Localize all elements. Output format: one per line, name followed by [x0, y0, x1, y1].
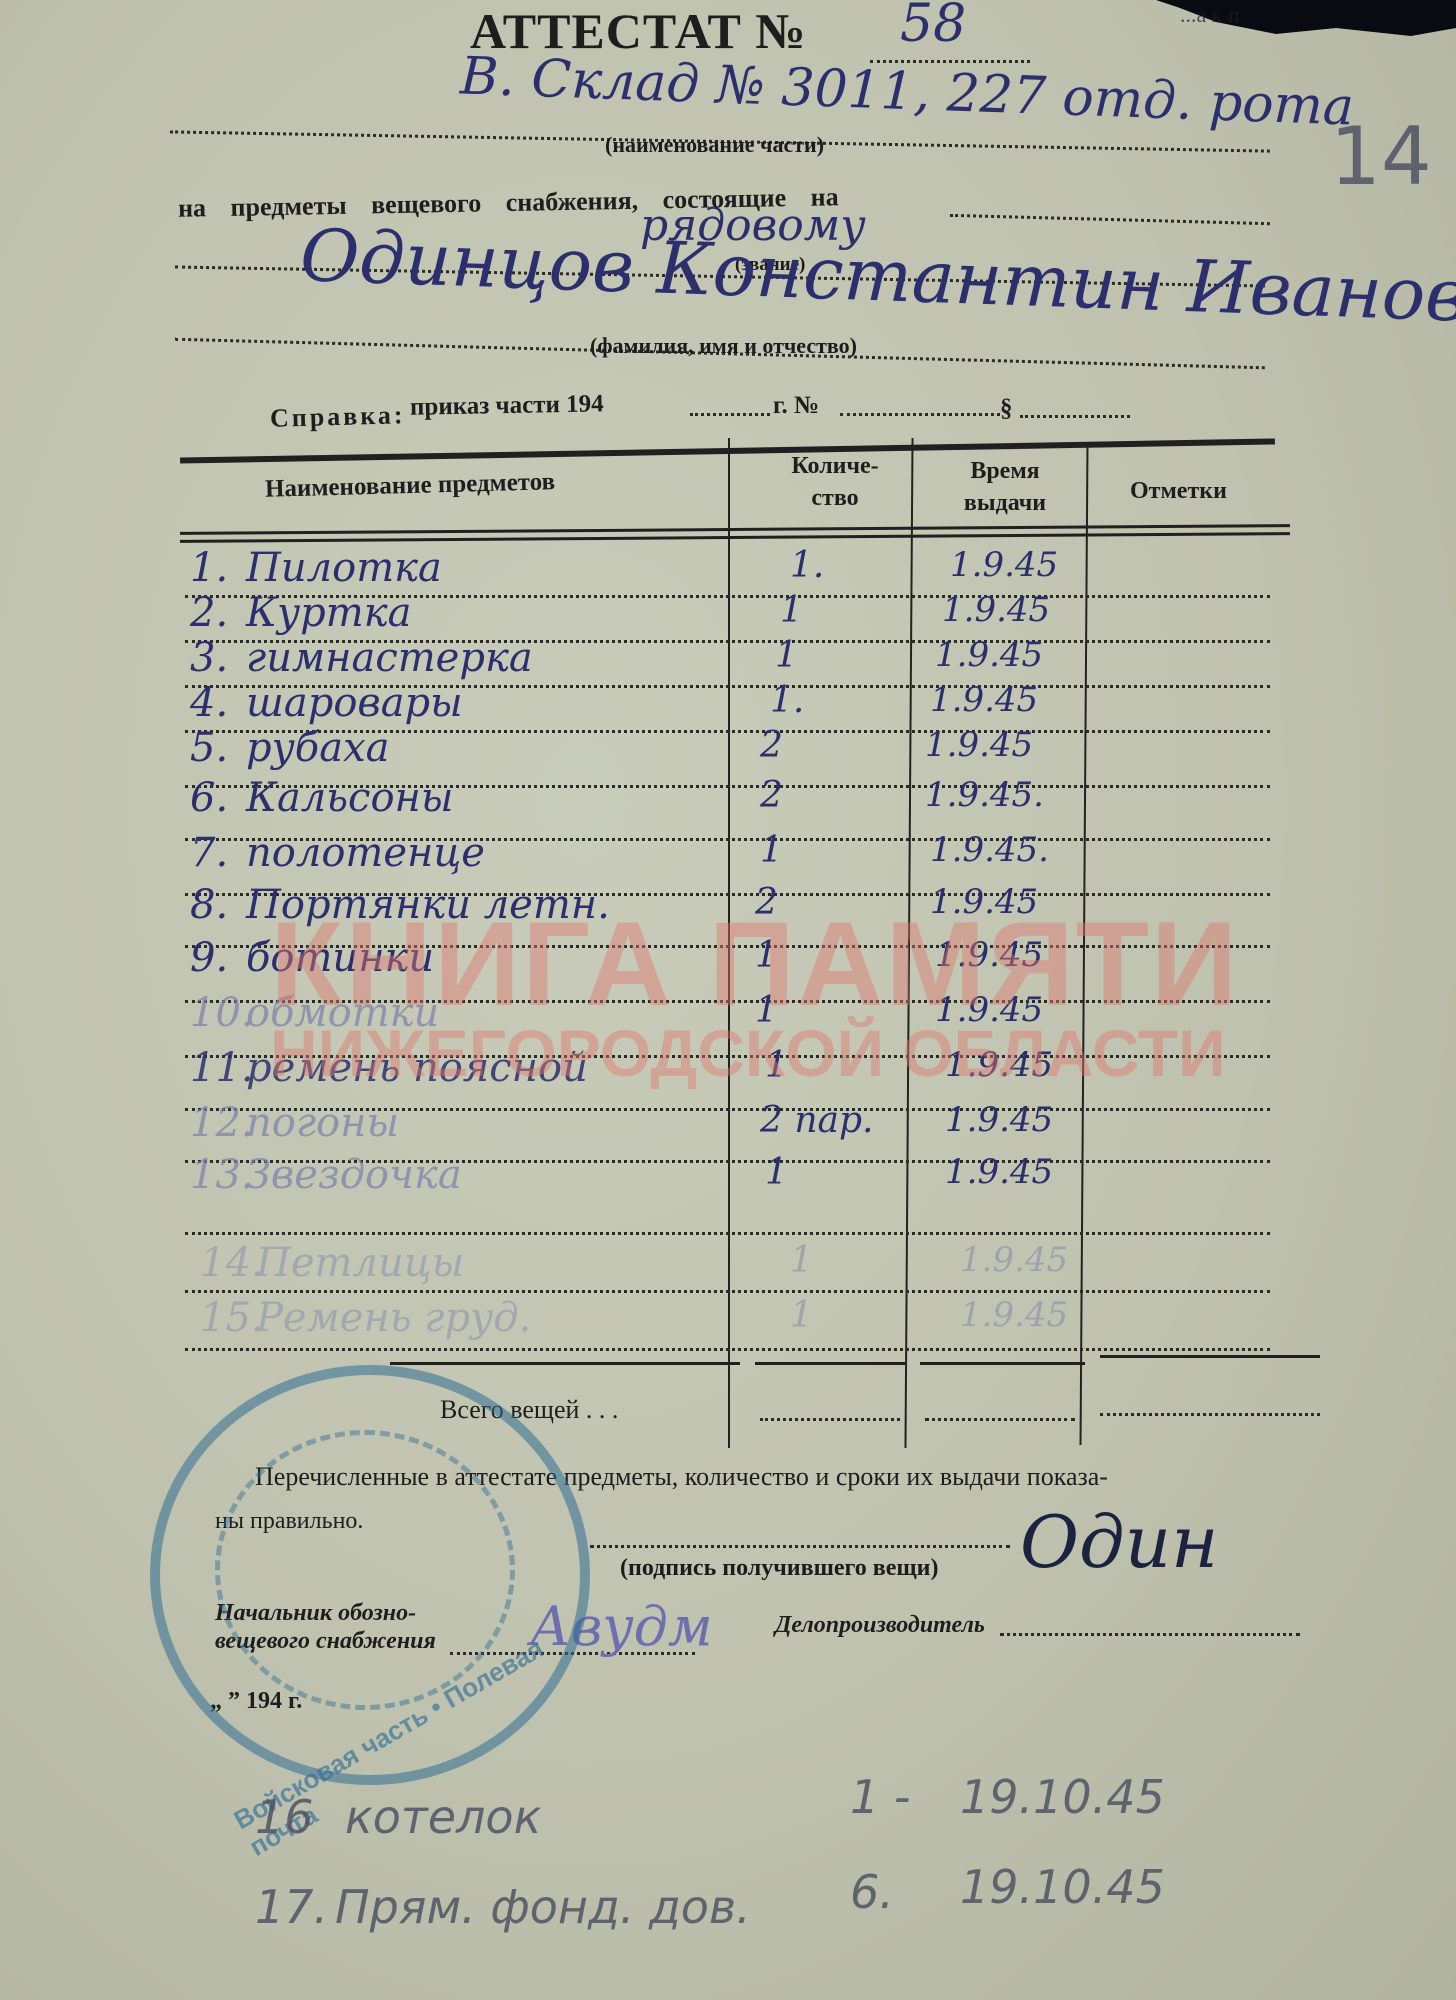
- stamp-inner-ring: [215, 1430, 515, 1710]
- row-rule: [185, 1232, 1270, 1235]
- item-quantity: 1: [765, 1152, 788, 1193]
- certificate-number: 58: [900, 0, 966, 54]
- item-date: 1.9.45.: [925, 775, 1044, 815]
- item-name: Кальсоны: [246, 775, 453, 821]
- row-rule: [185, 1290, 1270, 1293]
- clerk-signature-line: [1000, 1633, 1300, 1636]
- item-name: гимнастерка: [246, 635, 533, 681]
- table-row: 4.шаровары 1. 1.9.45: [190, 680, 1270, 726]
- table-row: 3.гимнастерка 1 1.9.45: [190, 635, 1270, 681]
- item-date: 1.9.45: [945, 1100, 1053, 1140]
- item-quantity: 1: [780, 590, 803, 631]
- table-row: 13.Звездочка 1 1.9.45: [190, 1152, 1270, 1198]
- reference-number-line: [840, 413, 1000, 416]
- official-stamp: Войсковая часть • Полевая почта: [150, 1365, 590, 1785]
- total-notes-field: [1100, 1413, 1320, 1416]
- item-name: Ремень груд.: [256, 1295, 531, 1341]
- item-date: 1.9.45: [945, 1152, 1053, 1192]
- column-header-issue-date: Время выдачи: [950, 455, 1060, 519]
- addition-17-item: Прям. фонд. дов.: [335, 1880, 751, 1934]
- name-caption: (фамилия, имя и отчество): [590, 333, 857, 359]
- addition-16-qty: 1 -: [850, 1770, 911, 1824]
- item-name: погоны: [246, 1100, 399, 1146]
- addition-17-num: 17.: [255, 1880, 328, 1934]
- watermark-line-2: НИЖЕГОРОДСКОЙ ОБЛАСТИ: [270, 1015, 1226, 1091]
- total-rule-date: [920, 1362, 1085, 1365]
- item-quantity: 1: [775, 635, 798, 676]
- table-row: 1.Пилотка 1. 1.9.45: [190, 545, 1270, 591]
- reference-section-sign: §: [1000, 395, 1013, 423]
- item-date: 1.9.45: [930, 680, 1038, 720]
- row-rule: [185, 1348, 1270, 1351]
- total-date-field: [925, 1418, 1075, 1421]
- item-quantity: 2: [760, 775, 783, 816]
- reference-section-line: [1020, 415, 1130, 418]
- table-row: 5.рубаха 2 1.9.45: [190, 725, 1270, 771]
- item-name: Пилотка: [246, 545, 442, 591]
- item-name: шаровары: [246, 680, 463, 726]
- reference-year-line: [690, 413, 770, 416]
- item-quantity: 1.: [790, 545, 824, 586]
- item-date: 1.9.45: [925, 725, 1033, 765]
- column-header-notes: Отметки: [1130, 478, 1227, 505]
- total-rule-notes: [1100, 1355, 1320, 1358]
- watermark-line-1: КНИГА ПАМЯТИ: [270, 895, 1239, 1033]
- item-date: 1.9.45: [960, 1240, 1068, 1280]
- reference-number-label: г. №: [773, 392, 819, 420]
- addition-17-date: 19.10.45: [960, 1860, 1165, 1914]
- item-name: Звездочка: [246, 1152, 462, 1198]
- recipient-signature: Один: [1020, 1500, 1218, 1584]
- recipient-signature-line: [590, 1545, 1010, 1548]
- item-quantity: 1.: [770, 680, 804, 721]
- addition-17-qty: 6.: [850, 1865, 894, 1919]
- total-rule-qty: [755, 1362, 905, 1365]
- item-quantity: 1: [790, 1295, 813, 1336]
- reference-text: приказ части 194: [410, 390, 604, 421]
- item-quantity: 2: [760, 725, 783, 766]
- item-date: 1.9.45: [960, 1295, 1068, 1335]
- table-row: 15.Ремень груд. 1 1.9.45: [200, 1295, 1280, 1341]
- addition-16-num: 16: [255, 1790, 314, 1844]
- item-date: 1.9.45: [935, 635, 1043, 675]
- unit-caption: (наименование части): [605, 132, 824, 158]
- item-quantity: 2 пар.: [760, 1100, 873, 1141]
- item-name: рубаха: [246, 725, 389, 771]
- reference-label: Справка:: [270, 400, 406, 434]
- table-row: 2.Куртка 1 1.9.45: [190, 590, 1270, 636]
- total-rule-items: [390, 1362, 740, 1365]
- item-date: 1.9.45.: [930, 830, 1049, 870]
- clerk-label: Делопроизводитель: [775, 1612, 985, 1639]
- total-qty-field: [760, 1418, 900, 1421]
- table-row: 12.погоны 2 пар. 1.9.45: [190, 1100, 1270, 1146]
- table-row: 14.Петлицы 1 1.9.45: [200, 1240, 1280, 1286]
- table-row: 6.Кальсоны 2 1.9.45.: [190, 775, 1270, 821]
- item-name: полотенце: [246, 830, 485, 876]
- table-row: 7.полотенце 1 1.9.45.: [190, 830, 1270, 876]
- item-quantity: 1: [760, 830, 783, 871]
- addition-16-item: котелок: [345, 1790, 541, 1844]
- item-date: 1.9.45: [950, 545, 1058, 585]
- recipient-signature-caption: (подпись получившего вещи): [620, 1555, 938, 1582]
- corner-print: ...а к п: [1180, 2, 1240, 28]
- column-header-quantity: Количе-ство: [775, 450, 895, 514]
- item-name: Куртка: [246, 590, 411, 636]
- item-quantity: 1: [790, 1240, 813, 1281]
- item-name: Петлицы: [256, 1240, 464, 1286]
- addition-16-date: 19.10.45: [960, 1770, 1165, 1824]
- item-date: 1.9.45: [942, 590, 1050, 630]
